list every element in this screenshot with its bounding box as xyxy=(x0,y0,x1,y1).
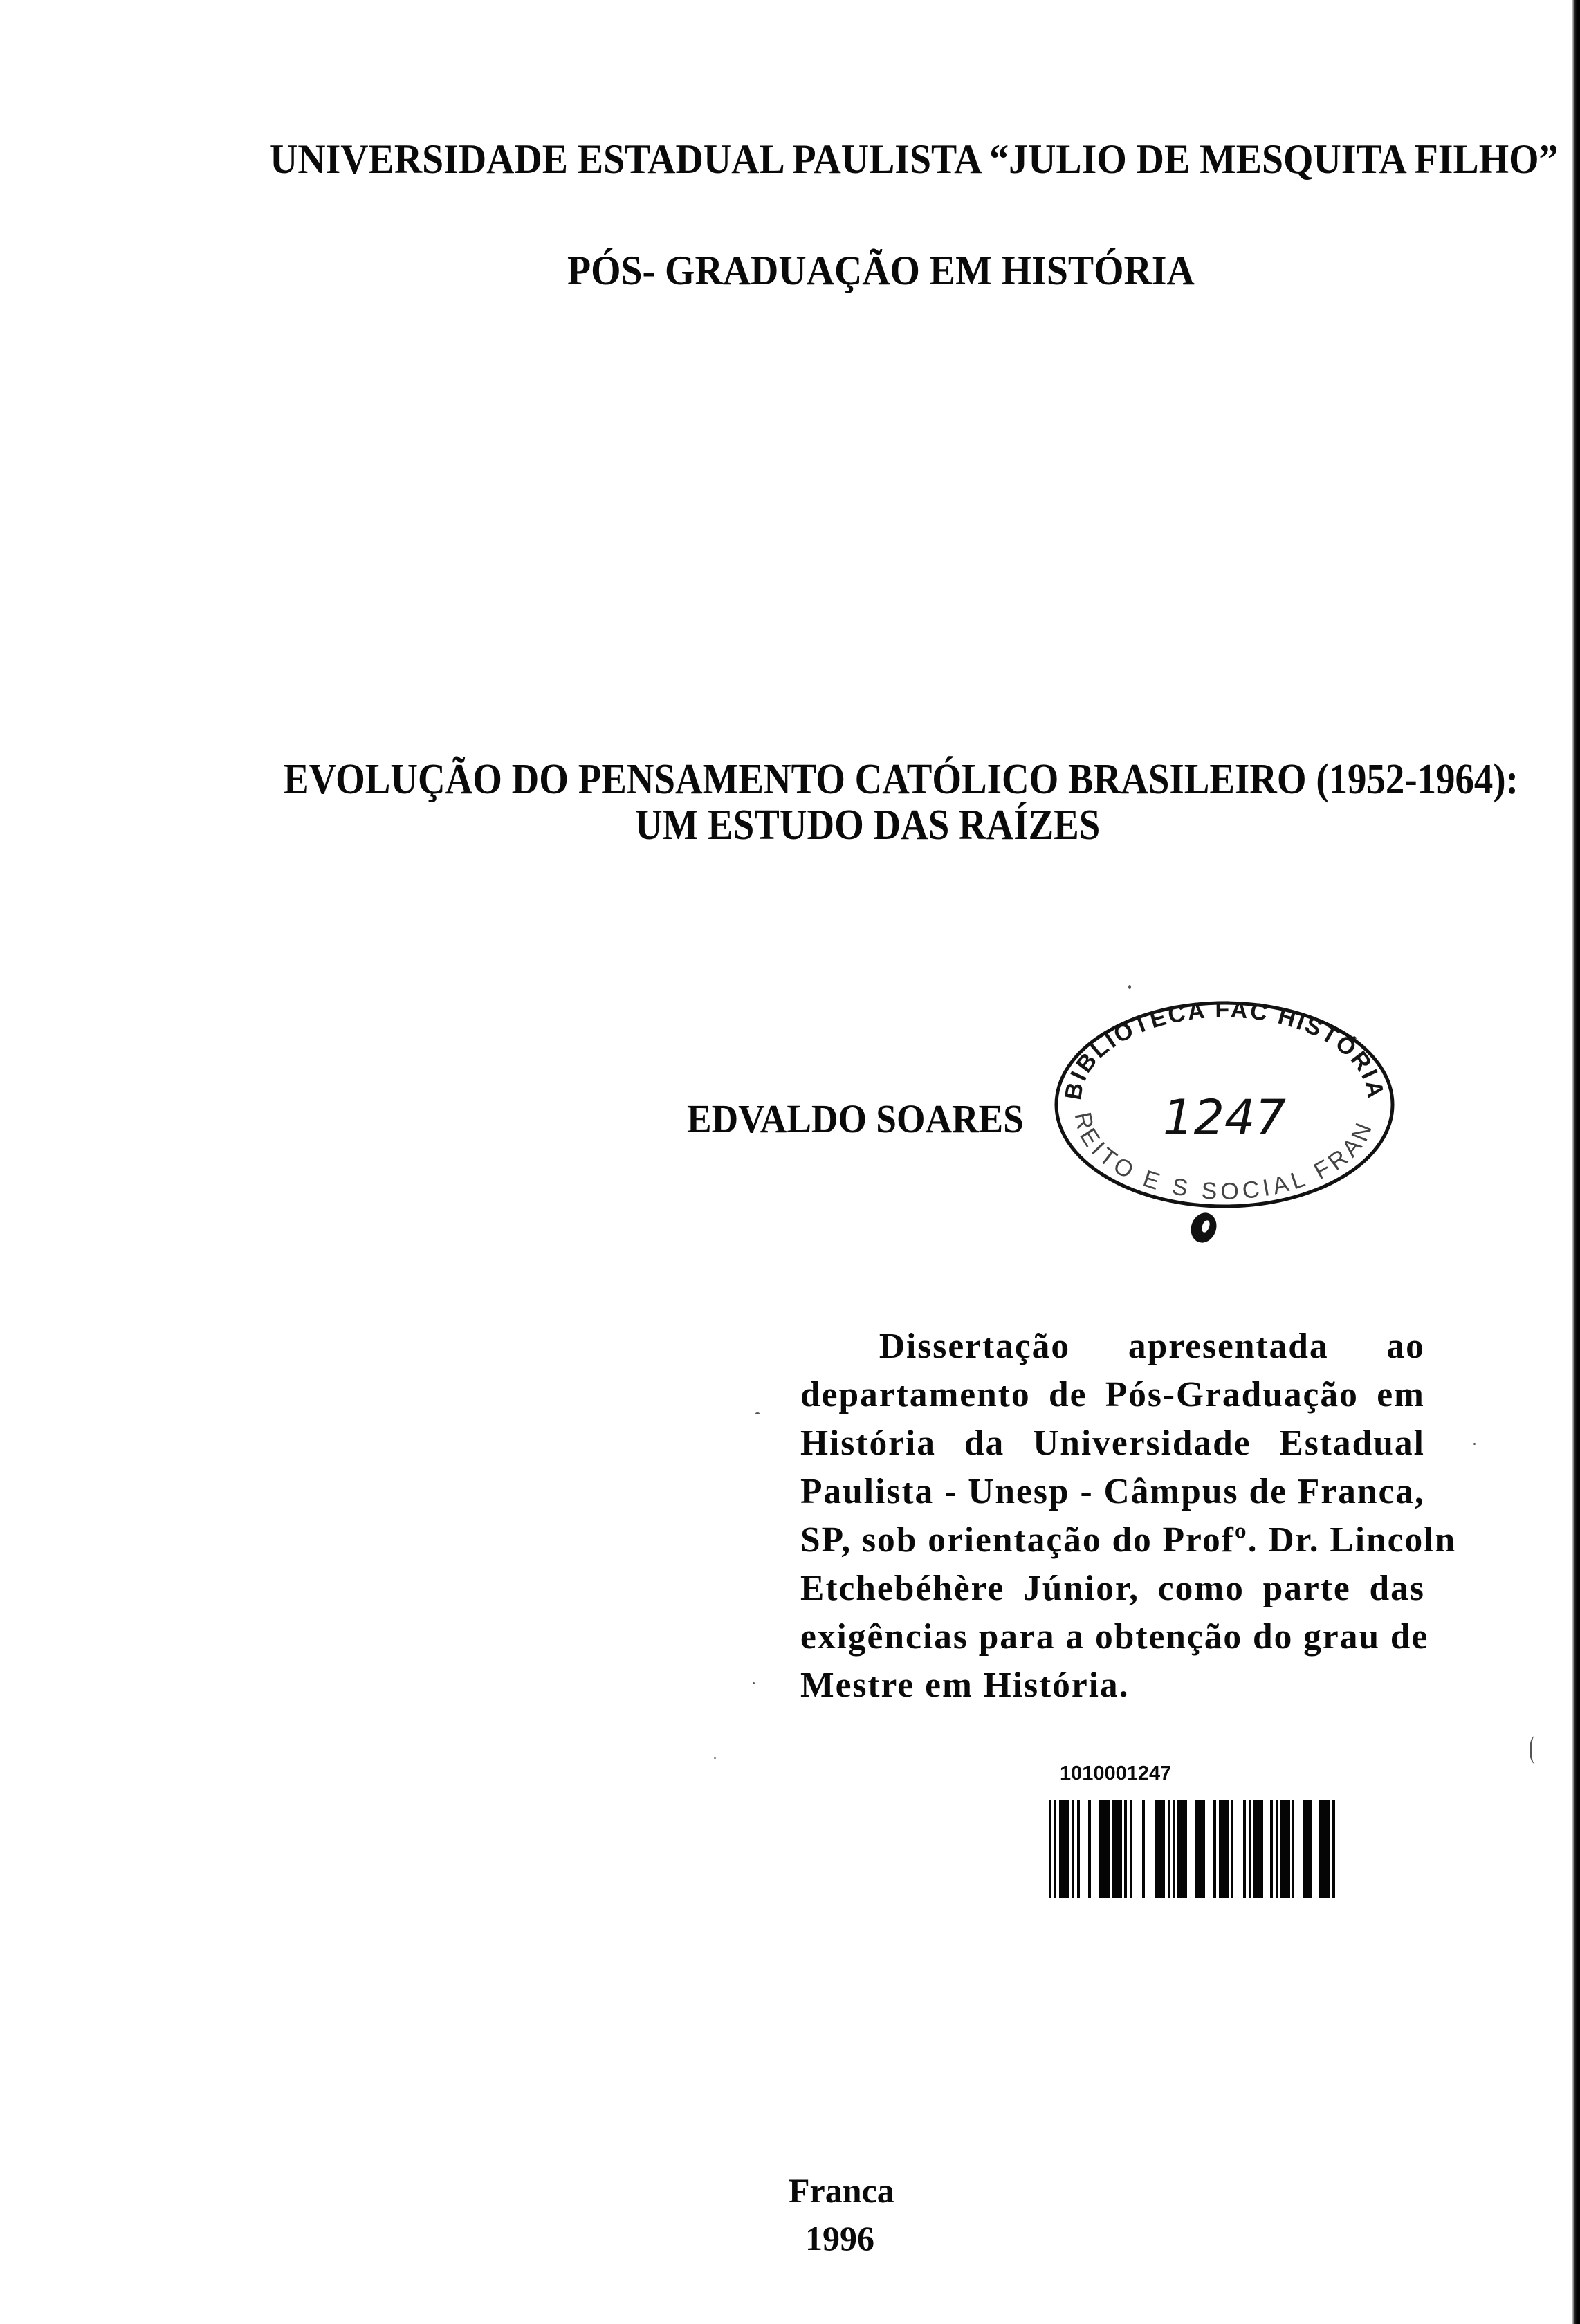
dissertation-title-line-1: EVOLUÇÃO DO PENSAMENTO CATÓLICO BRASILEI… xyxy=(284,755,1518,804)
program-name: PÓS- GRADUAÇÃO EM HISTÓRIA xyxy=(567,247,1195,295)
scan-border-edge xyxy=(1572,0,1580,2324)
barcode-icon xyxy=(1047,1798,1338,1899)
scan-mark xyxy=(1530,1736,1540,1764)
scan-speck xyxy=(753,1682,755,1684)
scan-speck xyxy=(714,1757,716,1759)
svg-text:BIBLIOTECA FAC HISTÓRIA: BIBLIOTECA FAC HISTÓRIA xyxy=(1060,997,1389,1102)
scan-speck xyxy=(1473,1443,1476,1445)
institution-name: UNIVERSIDADE ESTADUAL PAULISTA “JULIO DE… xyxy=(270,136,1558,183)
barcode-number: 1010001247 xyxy=(1060,1762,1171,1785)
dissertation-cover-page: UNIVERSIDADE ESTADUAL PAULISTA “JULIO DE… xyxy=(0,0,1580,2324)
dissertation-title-line-2: UM ESTUDO DAS RAÍZES xyxy=(635,801,1100,850)
abstract-line: departamento de Pós-Graduação em xyxy=(800,1371,1425,1419)
city-name: Franca xyxy=(789,2170,894,2211)
abstract-line: Paulista - Unesp - Câmpus de Franca, xyxy=(800,1468,1425,1516)
stamp-top-text: BIBLIOTECA FAC HISTÓRIA xyxy=(1060,997,1389,1102)
publication-year: 1996 xyxy=(805,2218,874,2258)
abstract-line: História da Universidade Estadual xyxy=(800,1419,1425,1468)
abstract-line: Etchebéhère Júnior, como parte das xyxy=(800,1565,1425,1613)
stamp-handwritten-number: 1247 xyxy=(1163,1089,1286,1146)
abstract-line: Mestre em História. xyxy=(800,1661,1425,1710)
abstract-line: Dissertação apresentada ao xyxy=(800,1322,1425,1371)
abstract-line: exigências para a obtenção do grau de xyxy=(800,1613,1425,1661)
dissertation-abstract: Dissertação apresentada ao departamento … xyxy=(800,1322,1425,1710)
author-name: EDVALDO SOARES xyxy=(687,1096,1024,1142)
abstract-line: SP, sob orientação do Profº. Dr. Lincoln xyxy=(800,1516,1425,1565)
library-stamp-icon: BIBLIOTECA FAC HISTÓRIA DIREITO E S SOCI… xyxy=(1048,996,1401,1245)
scan-speck xyxy=(1128,985,1131,989)
scan-speck xyxy=(755,1412,760,1414)
